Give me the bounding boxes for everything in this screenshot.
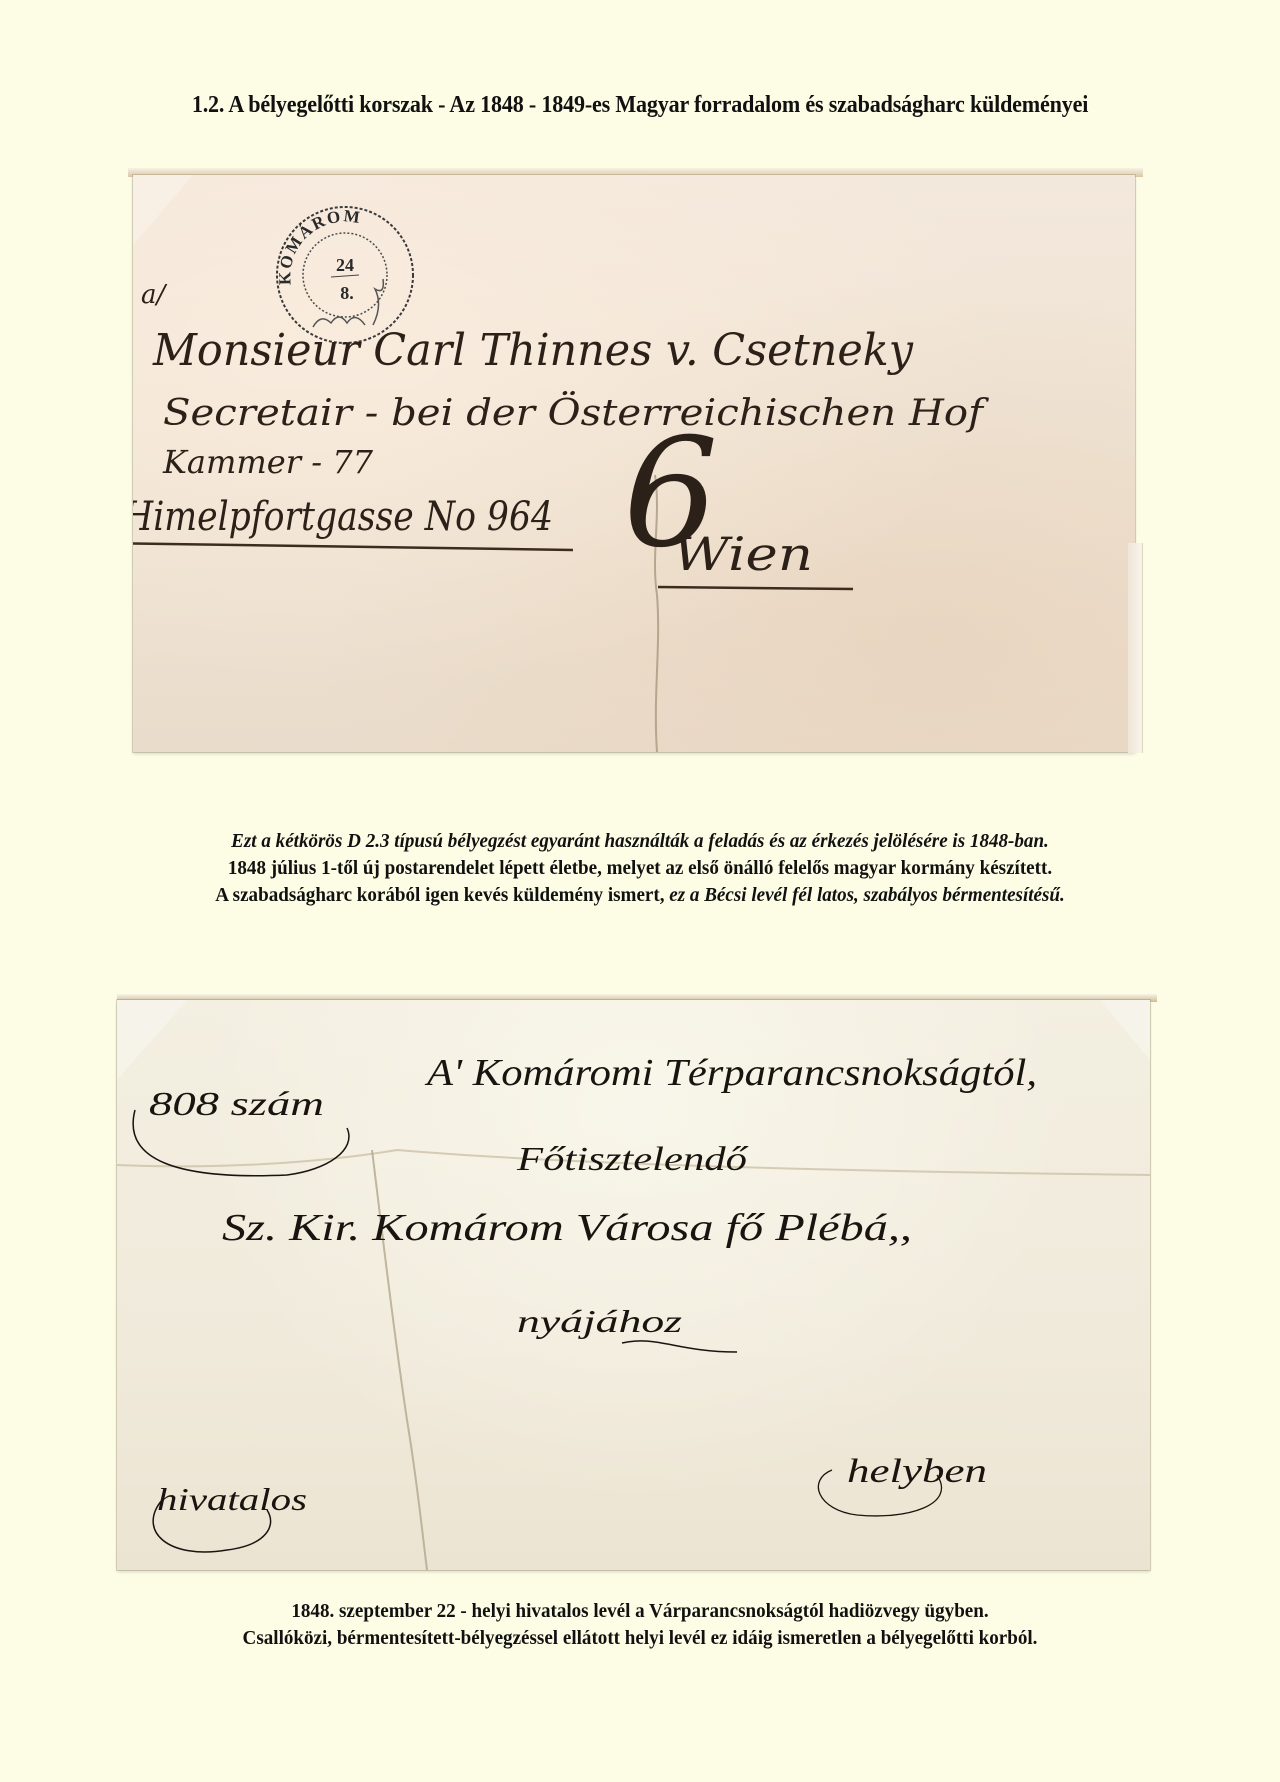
- address-line-3: Sz. Kir. Komárom Városa fő Plébá,,: [222, 1207, 912, 1249]
- sender-line: A' Komáromi Térparancsnokságtól,: [424, 1052, 1037, 1094]
- address-prefix: a/: [141, 280, 168, 310]
- address-line-3: Kammer - 77: [162, 443, 374, 481]
- cover-1-artwork: KOMÁROM 24 8. a/ Monsieur Carl Thinnes v…: [133, 175, 1135, 752]
- caption-1-line-3-regular: A szabadságharc korából igen kevés külde…: [215, 884, 669, 906]
- cover-2-image: 808 szám A' Komáromi Térparancsnokságtól…: [117, 1000, 1150, 1570]
- caption-2-line-2: Csallóközi, bérmentesített-bélyegzéssel …: [45, 1625, 1235, 1652]
- address-line-2: Főtisztelendő: [516, 1141, 750, 1178]
- address-line-2: Secretair - bei der Österreichischen Hof: [163, 392, 989, 434]
- caption-2-line-1: 1848. szeptember 22 - helyi hivatalos le…: [45, 1598, 1235, 1625]
- address-line-1: Monsieur Carl Thinnes v. Csetneky: [152, 325, 914, 376]
- address-line-4: Himelpfortgasse No 964: [133, 494, 553, 540]
- cover-2-artwork: 808 szám A' Komáromi Térparancsnokságtól…: [117, 1000, 1150, 1570]
- caption-1-line-3: A szabadságharc korából igen kevés külde…: [45, 882, 1235, 909]
- cover-1-image: KOMÁROM 24 8. a/ Monsieur Carl Thinnes v…: [133, 175, 1135, 752]
- caption-1-line-1: Ezt a kétkörös D 2.3 típusú bélyegzést e…: [45, 828, 1235, 855]
- official-note: hivatalos: [157, 1481, 307, 1517]
- reference-number: 808 szám: [149, 1086, 324, 1123]
- destination: Wien: [673, 527, 813, 581]
- cover-1-caption: Ezt a kétkörös D 2.3 típusú bélyegzést e…: [45, 828, 1235, 909]
- address-line-4: nyájához: [517, 1303, 683, 1339]
- destination-local: helyben: [847, 1453, 987, 1490]
- postmark-stamp: KOMÁROM 24 8.: [275, 206, 413, 343]
- caption-1-line-3-italic: ez a Bécsi levél fél latos, szabályos bé…: [669, 884, 1065, 906]
- cover-2-caption: 1848. szeptember 22 - helyi hivatalos le…: [45, 1598, 1235, 1652]
- postmark-day: 24: [336, 255, 354, 275]
- caption-1-line-2: 1848 július 1-től új postarendelet lépet…: [45, 855, 1235, 882]
- postmark-month: 8.: [340, 283, 354, 303]
- page-title: 1.2. A bélyegelőtti korszak - Az 1848 - …: [51, 92, 1229, 119]
- cover-1-side-flap: [1128, 543, 1142, 753]
